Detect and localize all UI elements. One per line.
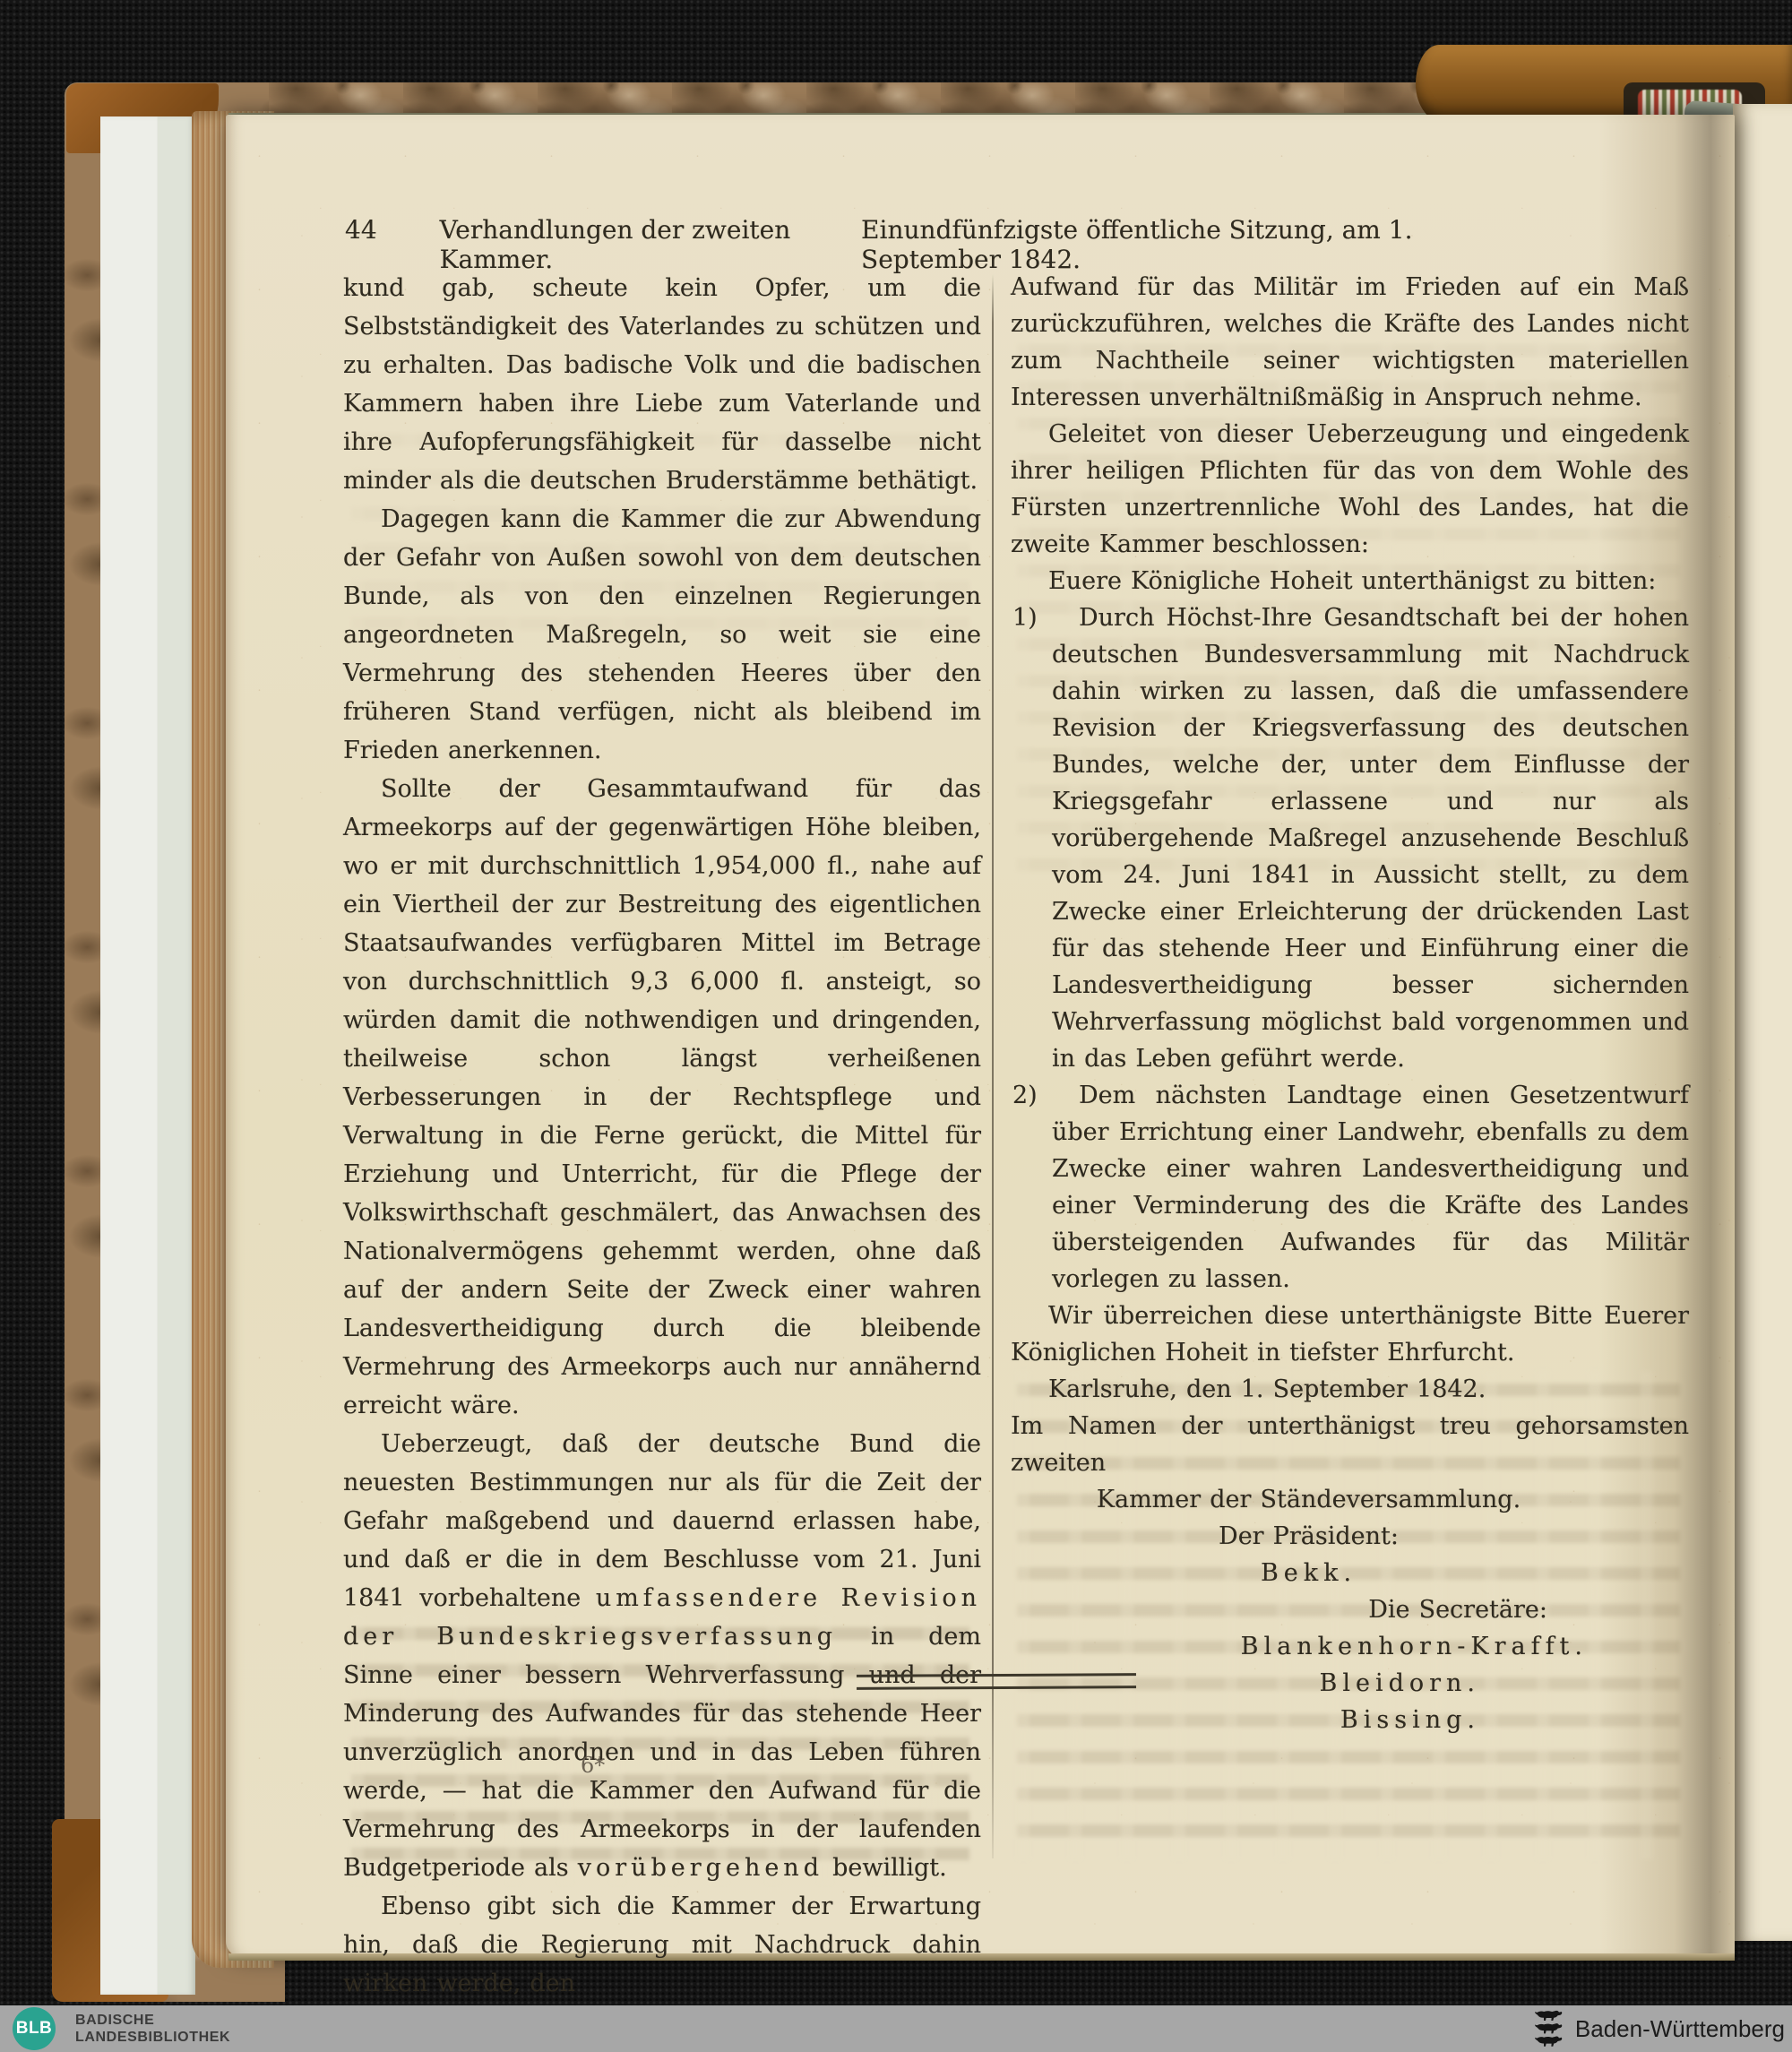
running-header: 44 Verhandlungen der zweiten Kammer. Ein… — [345, 215, 1556, 274]
role-secretaries: Die Secretäre: — [1011, 1591, 1689, 1628]
blb-logo-text: BLB — [16, 2019, 53, 2039]
left-text-column: kund gab, scheute kein Opfer, um die Sel… — [343, 269, 981, 2003]
header-title: Verhandlungen der zweiten Kammer. — [440, 215, 861, 274]
paragraph: Wir überreichen diese unterthänigste Bit… — [1011, 1298, 1689, 1371]
state-name: Baden-Württemberg — [1575, 2015, 1785, 2043]
item-number: 1) — [1012, 599, 1038, 636]
secretary-name: Blankenhorn-Krafft. — [1011, 1628, 1689, 1665]
paragraph: Kammer der Ständeversammlung. — [1011, 1481, 1689, 1518]
dateline: Karlsruhe, den 1. September 1842. — [1011, 1371, 1689, 1408]
facing-page-sliver — [1733, 104, 1792, 1941]
library-name-line2: LANDESBIBLIOTHEK — [75, 2029, 230, 2046]
book-scan-viewport: 44 Verhandlungen der zweiten Kammer. Ein… — [0, 0, 1792, 2052]
printer-signature-mark: 6* — [581, 1753, 605, 1778]
petition-item: 1)Durch Höchst-Ihre Gesandtschaft bei de… — [1011, 599, 1689, 1077]
baden-wuerttemberg-coat-of-arms-icon — [1530, 2009, 1566, 2048]
president-name: Bekk. — [1011, 1555, 1689, 1591]
role-president: Der Präsident: — [1011, 1518, 1689, 1555]
petition-item: 2)Dem nächsten Landtage einen Gesetzentw… — [1011, 1077, 1689, 1298]
state-branding: Baden-Württemberg — [1530, 2005, 1785, 2052]
text-run: in dem Sinne einer bessern Wehrverfassun… — [343, 1623, 981, 1882]
library-name: BADISCHE LANDESBIBLIOTHEK — [75, 2012, 230, 2046]
section-end-double-rule — [857, 1673, 1136, 1690]
column-divider-rule — [992, 274, 994, 1858]
paragraph: Dagegen kann die Kammer die zur Abwendun… — [343, 500, 981, 770]
paragraph: Euere Königliche Hoheit unterthänigst zu… — [1011, 563, 1689, 599]
paragraph: Ebenso gibt sich die Kammer der Erwartun… — [343, 1887, 981, 2003]
paragraph: Im Namen der unterthänigst treu gehorsam… — [1011, 1408, 1689, 1481]
blb-logo: BLB — [13, 2007, 56, 2050]
text-run: bewilligt. — [823, 1854, 947, 1882]
paragraph: Sollte der Gesammtaufwand für das Armeek… — [343, 770, 981, 1425]
paragraph: Ueberzeugt, daß der deutsche Bund die ne… — [343, 1425, 981, 1887]
paragraph: Geleitet von dieser Ueberzeugung und ein… — [1011, 416, 1689, 563]
secretary-name: Bissing. — [1011, 1702, 1689, 1738]
item-number: 2) — [1012, 1077, 1038, 1114]
page-number: 44 — [345, 215, 377, 245]
paragraph: Aufwand für das Militär im Frieden auf e… — [1011, 269, 1689, 416]
emphasized-text: vorübergehend — [578, 1854, 823, 1882]
library-name-line1: BADISCHE — [75, 2012, 230, 2029]
paragraph: kund gab, scheute kein Opfer, um die Sel… — [343, 269, 981, 500]
library-footer-bar: BLB BADISCHE LANDESBIBLIOTHEK Baden-Würt… — [0, 2005, 1792, 2052]
right-text-column: Aufwand für das Militär im Frieden auf e… — [1011, 269, 1689, 1738]
endpaper-flyleaf — [100, 116, 195, 1995]
header-session-title: Einundfünfzigste öffentliche Sitzung, am… — [861, 215, 1556, 274]
